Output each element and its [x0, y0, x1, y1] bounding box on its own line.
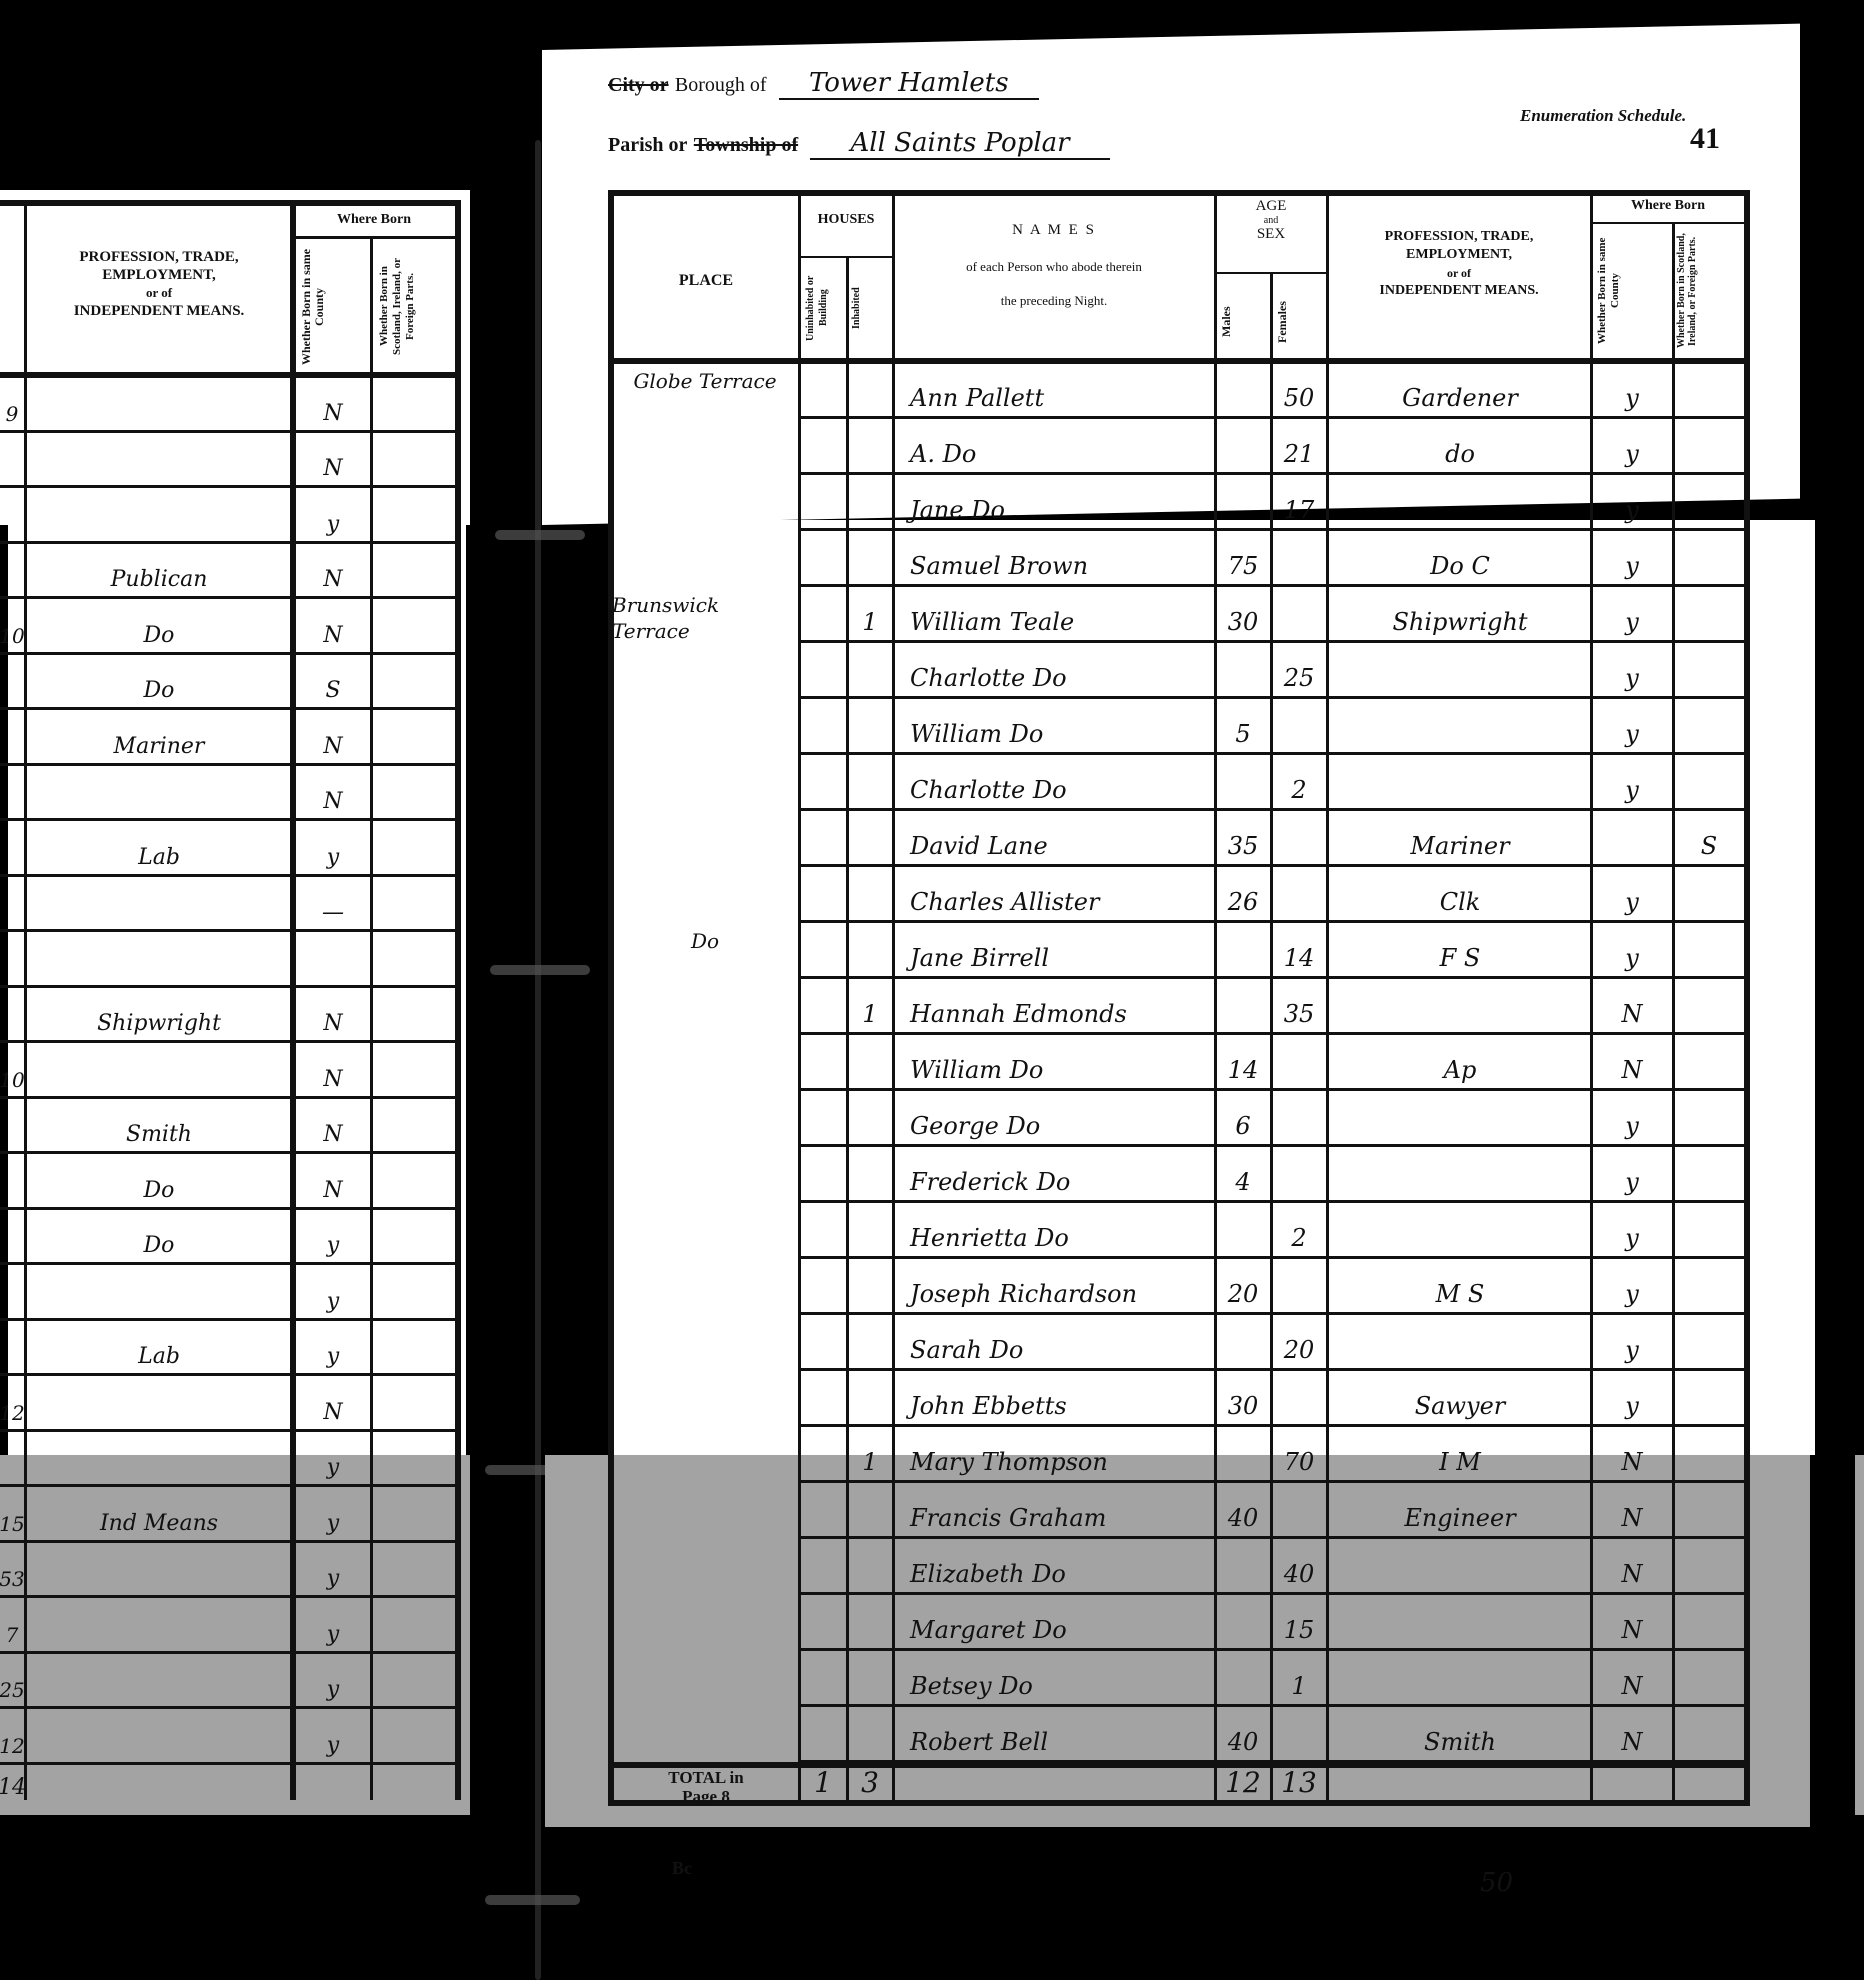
right-edge-strip: [1855, 1455, 1864, 1815]
left-where-born-header: Where Born: [296, 212, 452, 228]
cell-female: [1272, 698, 1326, 754]
col-header-place: PLACE: [614, 272, 798, 290]
left-cell-occupation: [30, 432, 288, 488]
left-cell-age: [0, 1098, 24, 1154]
cell-occupation: I M: [1330, 1426, 1590, 1482]
col-header-where-born: Where Born: [1592, 198, 1744, 214]
borough-label-struck: City or: [608, 74, 669, 96]
cell-county: N: [1592, 1594, 1672, 1650]
left-total-age: 14: [0, 1766, 24, 1806]
left-cell-county: y: [296, 1264, 370, 1320]
cell-female: [1272, 810, 1326, 866]
cell-name: Frederick Do: [896, 1146, 1214, 1202]
left-same-county-header: Whether Born in same County: [300, 244, 364, 369]
cell-male: 6: [1216, 1090, 1270, 1146]
cell-county: y: [1592, 1090, 1672, 1146]
cell-foreign: [1674, 1202, 1744, 1258]
cell-place: [612, 1202, 798, 1258]
cell-male: 40: [1216, 1482, 1270, 1538]
borough-line: City or Borough of Tower Hamlets: [608, 68, 1039, 98]
cell-occupation: F S: [1330, 922, 1590, 978]
age-underline: [1214, 272, 1326, 274]
cell-house: [848, 866, 892, 922]
left-cell-county: N: [296, 432, 370, 488]
cell-place: [612, 1650, 798, 1706]
book-spine: [535, 140, 541, 1980]
cell-occupation: Engineer: [1330, 1482, 1590, 1538]
left-cell-occupation: Shipwright: [30, 987, 288, 1043]
col-line-females: [1326, 190, 1329, 1805]
cell-name: Joseph Richardson: [896, 1258, 1214, 1314]
left-cell-county: y: [296, 1209, 370, 1265]
cell-female: [1272, 1370, 1326, 1426]
cell-house: [848, 754, 892, 810]
cell-occupation: [1330, 1202, 1590, 1258]
left-cell-occupation: [30, 376, 288, 432]
cell-house: [848, 642, 892, 698]
cell-name: William Do: [896, 1034, 1214, 1090]
cell-house: [848, 1482, 892, 1538]
total-inhabited: 3: [848, 1766, 892, 1799]
cell-male: [1216, 1538, 1270, 1594]
cell-county: N: [1592, 1650, 1672, 1706]
cell-occupation: [1330, 642, 1590, 698]
cell-county: y: [1592, 1146, 1672, 1202]
cell-name: Betsey Do: [896, 1650, 1214, 1706]
cell-male: 5: [1216, 698, 1270, 754]
cell-place: [612, 978, 798, 1034]
cell-county: N: [1592, 1034, 1672, 1090]
cell-name: John Ebbetts: [896, 1370, 1214, 1426]
left-cell-county: N: [296, 1098, 370, 1154]
cell-male: [1216, 1650, 1270, 1706]
left-cell-occupation: Ind Means: [30, 1486, 288, 1542]
cell-female: [1272, 1706, 1326, 1762]
binding-stitch-bottom: [485, 1895, 580, 1905]
total-uninhabited: 1: [800, 1766, 846, 1799]
cell-place: [612, 418, 798, 474]
cell-place: [612, 1594, 798, 1650]
cell-house: 1: [848, 978, 892, 1034]
left-table-top-border: [0, 200, 455, 206]
cell-foreign: [1674, 978, 1744, 1034]
cell-foreign: [1674, 1650, 1744, 1706]
cell-house: [848, 922, 892, 978]
cell-place: [612, 754, 798, 810]
cell-foreign: [1674, 922, 1744, 978]
page-note: 50: [1480, 1868, 1513, 1898]
cell-foreign: [1674, 362, 1744, 418]
cell-place: Globe Terrace: [612, 362, 798, 418]
cell-county: y: [1592, 362, 1672, 418]
cell-place: [612, 1314, 798, 1370]
cell-female: [1272, 1090, 1326, 1146]
left-cell-county: —: [296, 876, 370, 932]
cell-name: William Do: [896, 698, 1214, 754]
cell-foreign: [1674, 866, 1744, 922]
left-cell-county: y: [296, 1542, 370, 1598]
cell-male: [1216, 754, 1270, 810]
cell-house: [848, 1146, 892, 1202]
cell-male: 30: [1216, 586, 1270, 642]
cell-occupation: Smith: [1330, 1706, 1590, 1762]
left-cell-county: y: [296, 1597, 370, 1653]
cell-female: 21: [1272, 418, 1326, 474]
cell-house: [848, 1650, 892, 1706]
left-cell-occupation: [30, 1042, 288, 1098]
cell-female: 35: [1272, 978, 1326, 1034]
cell-foreign: [1674, 1258, 1744, 1314]
cell-name: A. Do: [896, 418, 1214, 474]
left-cell-county: N: [296, 376, 370, 432]
cell-house: [848, 1090, 892, 1146]
cell-county: N: [1592, 1538, 1672, 1594]
cell-foreign: [1674, 1594, 1744, 1650]
left-where-born-underline: [292, 236, 455, 239]
left-cell-county: N: [296, 765, 370, 821]
cell-house: [848, 530, 892, 586]
cell-name: Elizabeth Do: [896, 1538, 1214, 1594]
houses-underline: [798, 256, 894, 258]
cell-female: 20: [1272, 1314, 1326, 1370]
cell-house: [848, 1314, 892, 1370]
cell-occupation: [1330, 1314, 1590, 1370]
cell-county: y: [1592, 474, 1672, 530]
left-cell-age: [0, 1209, 24, 1265]
cell-house: [848, 1538, 892, 1594]
cell-foreign: [1674, 474, 1744, 530]
left-cell-county: y: [296, 1320, 370, 1376]
cell-occupation: [1330, 698, 1590, 754]
cell-county: [1592, 810, 1672, 866]
cell-place: [612, 1426, 798, 1482]
parish-label: Parish or: [608, 134, 687, 156]
cell-male: 40: [1216, 1706, 1270, 1762]
cell-county: N: [1592, 1706, 1672, 1762]
left-cell-occupation: [30, 1431, 288, 1487]
left-cell-age: [0, 487, 24, 543]
left-cell-occupation: [30, 1264, 288, 1320]
cell-place: [612, 1538, 798, 1594]
cell-female: 25: [1272, 642, 1326, 698]
cell-foreign: [1674, 530, 1744, 586]
cell-foreign: [1674, 1538, 1744, 1594]
cell-county: y: [1592, 642, 1672, 698]
cell-name: Charles Allister: [896, 866, 1214, 922]
left-cell-occupation: [30, 1653, 288, 1709]
left-table-right-border: [455, 200, 461, 1800]
totals-label: TOTAL in Page 8: [620, 1768, 792, 1806]
left-cell-occupation: Smith: [30, 1098, 288, 1154]
cell-male: [1216, 642, 1270, 698]
cell-house: [848, 474, 892, 530]
left-cell-occupation: Do: [30, 654, 288, 710]
left-cell-age: [0, 820, 24, 876]
cell-name: Charlotte Do: [896, 642, 1214, 698]
cell-female: [1272, 1146, 1326, 1202]
left-cell-occupation: Do: [30, 598, 288, 654]
cell-occupation: [1330, 1594, 1590, 1650]
cell-occupation: [1330, 1090, 1590, 1146]
cell-place: [612, 1482, 798, 1538]
cell-place: [612, 1146, 798, 1202]
cell-female: 40: [1272, 1538, 1326, 1594]
where-born-underline: [1590, 222, 1744, 224]
parish-label-struck: Township of: [694, 134, 798, 156]
left-cell-age: 10: [0, 1042, 24, 1098]
cell-occupation: Shipwright: [1330, 586, 1590, 642]
left-profession-header: PROFESSION, TRADE, EMPLOYMENT, or of IND…: [30, 248, 288, 320]
cell-name: Margaret Do: [896, 1594, 1214, 1650]
printer-mark: Bc: [672, 1858, 692, 1879]
cell-occupation: Ap: [1330, 1034, 1590, 1090]
cell-occupation: do: [1330, 418, 1590, 474]
cell-place: [612, 1090, 798, 1146]
cell-female: 70: [1272, 1426, 1326, 1482]
cell-occupation: Gardener: [1330, 362, 1590, 418]
cell-house: [848, 1594, 892, 1650]
col-header-age-sex: AGE and SEX: [1216, 198, 1326, 243]
left-cell-occupation: Lab: [30, 1320, 288, 1376]
left-cell-age: [0, 931, 24, 987]
left-cell-county: y: [296, 1486, 370, 1542]
cell-county: y: [1592, 1370, 1672, 1426]
cell-male: 30: [1216, 1370, 1270, 1426]
left-cell-county: N: [296, 598, 370, 654]
cell-male: 14: [1216, 1034, 1270, 1090]
cell-male: [1216, 474, 1270, 530]
cell-female: 50: [1272, 362, 1326, 418]
cell-house: [848, 418, 892, 474]
cell-male: [1216, 362, 1270, 418]
left-cell-occupation: [30, 876, 288, 932]
cell-male: [1216, 1314, 1270, 1370]
left-cell-age: 9: [0, 376, 24, 432]
left-row-rule: [0, 1762, 455, 1765]
cell-name: Henrietta Do: [896, 1202, 1214, 1258]
cell-place: [612, 1706, 798, 1762]
cell-place: [612, 698, 798, 754]
cell-place: [612, 642, 798, 698]
cell-county: y: [1592, 866, 1672, 922]
cell-county: y: [1592, 418, 1672, 474]
cell-female: 15: [1272, 1594, 1326, 1650]
left-col-divider-age: [24, 200, 27, 1800]
cell-foreign: [1674, 418, 1744, 474]
left-cell-occupation: [30, 931, 288, 987]
cell-occupation: Do C: [1330, 530, 1590, 586]
left-cell-age: [0, 1153, 24, 1209]
cell-female: [1272, 1034, 1326, 1090]
cell-house: [848, 1034, 892, 1090]
col-header-foreign: Whether Born in Scotland, Ireland, or Fo…: [1676, 228, 1742, 354]
cell-place: [612, 1258, 798, 1314]
left-cell-county: N: [296, 987, 370, 1043]
cell-male: [1216, 1426, 1270, 1482]
cell-name: Hannah Edmonds: [896, 978, 1214, 1034]
borough-value: Tower Hamlets: [779, 68, 1039, 100]
cell-place: [612, 530, 798, 586]
cell-name: Samuel Brown: [896, 530, 1214, 586]
col-header-same-county: Whether Born in same County: [1596, 228, 1668, 354]
left-cell-age: 15: [0, 1486, 24, 1542]
left-cell-age: [0, 987, 24, 1043]
schedule-title: Enumeration Schedule.: [1520, 106, 1686, 126]
left-cell-occupation: [30, 1542, 288, 1598]
cell-house: [848, 1706, 892, 1762]
cell-name: Jane Birrell: [896, 922, 1214, 978]
cell-name: Jane Do: [896, 474, 1214, 530]
cell-house: [848, 1258, 892, 1314]
cell-foreign: [1674, 754, 1744, 810]
left-cell-county: N: [296, 709, 370, 765]
cell-foreign: [1674, 698, 1744, 754]
cell-male: [1216, 978, 1270, 1034]
cell-occupation: Clk: [1330, 866, 1590, 922]
cell-place: [612, 1034, 798, 1090]
col-header-profession: PROFESSION, TRADE, EMPLOYMENT, or of IND…: [1330, 228, 1588, 300]
col-header-names: N A M E S of each Person who abode there…: [896, 222, 1212, 309]
cell-occupation: [1330, 1146, 1590, 1202]
left-cell-county: y: [296, 1708, 370, 1764]
left-col-divider-born: [370, 236, 373, 1800]
left-cell-occupation: [30, 1375, 288, 1431]
cell-male: 75: [1216, 530, 1270, 586]
cell-foreign: [1674, 1370, 1744, 1426]
left-cell-age: [0, 876, 24, 932]
cell-county: y: [1592, 1314, 1672, 1370]
cell-male: 35: [1216, 810, 1270, 866]
cell-female: [1272, 1482, 1326, 1538]
cell-foreign: [1674, 1146, 1744, 1202]
table-top-border: [608, 190, 1750, 196]
cell-house: [848, 810, 892, 866]
left-cell-occupation: Do: [30, 1209, 288, 1265]
cell-name: David Lane: [896, 810, 1214, 866]
cell-female: 17: [1272, 474, 1326, 530]
cell-female: 1: [1272, 1650, 1326, 1706]
parish-value: All Saints Poplar: [810, 128, 1109, 160]
left-cell-county: N: [296, 543, 370, 599]
left-cell-occupation: Publican: [30, 543, 288, 599]
cell-name: Charlotte Do: [896, 754, 1214, 810]
left-cell-age: 25: [0, 1653, 24, 1709]
cell-foreign: [1674, 1706, 1744, 1762]
left-cell-age: [0, 709, 24, 765]
left-cell-county: y: [296, 820, 370, 876]
cell-foreign: [1674, 586, 1744, 642]
cell-occupation: Mariner: [1330, 810, 1590, 866]
cell-female: [1272, 1258, 1326, 1314]
cell-county: y: [1592, 754, 1672, 810]
left-cell-age: 12: [0, 1708, 24, 1764]
page-number: 41: [1690, 122, 1720, 156]
left-cell-age: [0, 765, 24, 821]
left-cell-occupation: Lab: [30, 820, 288, 876]
cell-male: [1216, 922, 1270, 978]
binding-stitch-top: [495, 530, 585, 540]
left-cell-occupation: [30, 1708, 288, 1764]
left-cell-age: 53: [0, 1542, 24, 1598]
cell-place: Do: [612, 922, 798, 978]
cell-county: y: [1592, 1258, 1672, 1314]
left-foreign-header: Whether Born in Scotland, Ireland, or Fo…: [378, 244, 450, 369]
cell-place: [612, 474, 798, 530]
cell-foreign: [1674, 1090, 1744, 1146]
col-header-houses: HOUSES: [800, 212, 892, 228]
left-cell-age: 12: [0, 1375, 24, 1431]
cell-female: 2: [1272, 1202, 1326, 1258]
cell-foreign: S: [1674, 810, 1744, 866]
table-right-border: [1744, 190, 1750, 1805]
cell-house: [848, 698, 892, 754]
left-cell-county: y: [296, 487, 370, 543]
left-cell-age: 10: [0, 598, 24, 654]
left-cell-age: [0, 543, 24, 599]
cell-occupation: M S: [1330, 1258, 1590, 1314]
cell-occupation: [1330, 474, 1590, 530]
left-cell-age: 7: [0, 1597, 24, 1653]
cell-name: Ann Pallett: [896, 362, 1214, 418]
cell-male: [1216, 1594, 1270, 1650]
col-header-inhabited: Inhabited: [850, 262, 890, 354]
cell-female: 14: [1272, 922, 1326, 978]
cell-name: William Teale: [896, 586, 1214, 642]
cell-male: [1216, 1202, 1270, 1258]
cell-occupation: Sawyer: [1330, 1370, 1590, 1426]
cell-foreign: [1674, 1034, 1744, 1090]
cell-name: Mary Thompson: [896, 1426, 1214, 1482]
cell-occupation: [1330, 1650, 1590, 1706]
col-line-place: [798, 190, 801, 1805]
left-cell-county: y: [296, 1431, 370, 1487]
cell-house: 1: [848, 586, 892, 642]
left-cell-age: [0, 1431, 24, 1487]
left-cell-county: N: [296, 1375, 370, 1431]
left-cell-age: [0, 654, 24, 710]
col-header-males: Males: [1220, 290, 1268, 354]
cell-county: N: [1592, 978, 1672, 1034]
cell-county: y: [1592, 1202, 1672, 1258]
left-cell-occupation: [30, 1597, 288, 1653]
cell-house: [848, 1370, 892, 1426]
cell-occupation: [1330, 978, 1590, 1034]
cell-male: 20: [1216, 1258, 1270, 1314]
cell-name: Francis Graham: [896, 1482, 1214, 1538]
cell-place: [612, 1370, 798, 1426]
left-cell-age: [0, 1264, 24, 1320]
borough-label: Borough of: [675, 74, 767, 96]
cell-foreign: [1674, 1426, 1744, 1482]
left-cell-county: y: [296, 1653, 370, 1709]
total-females: 13: [1272, 1766, 1326, 1799]
cell-female: [1272, 866, 1326, 922]
cell-name: George Do: [896, 1090, 1214, 1146]
cell-foreign: [1674, 1482, 1744, 1538]
cell-occupation: [1330, 1538, 1590, 1594]
total-males: 12: [1216, 1766, 1270, 1799]
cell-county: N: [1592, 1482, 1672, 1538]
left-cell-occupation: Do: [30, 1153, 288, 1209]
cell-county: N: [1592, 1426, 1672, 1482]
cell-male: 4: [1216, 1146, 1270, 1202]
cell-county: y: [1592, 922, 1672, 978]
cell-female: [1272, 586, 1326, 642]
cell-house: [848, 362, 892, 418]
cell-house: 1: [848, 1426, 892, 1482]
cell-female: [1272, 530, 1326, 586]
cell-place: [612, 866, 798, 922]
